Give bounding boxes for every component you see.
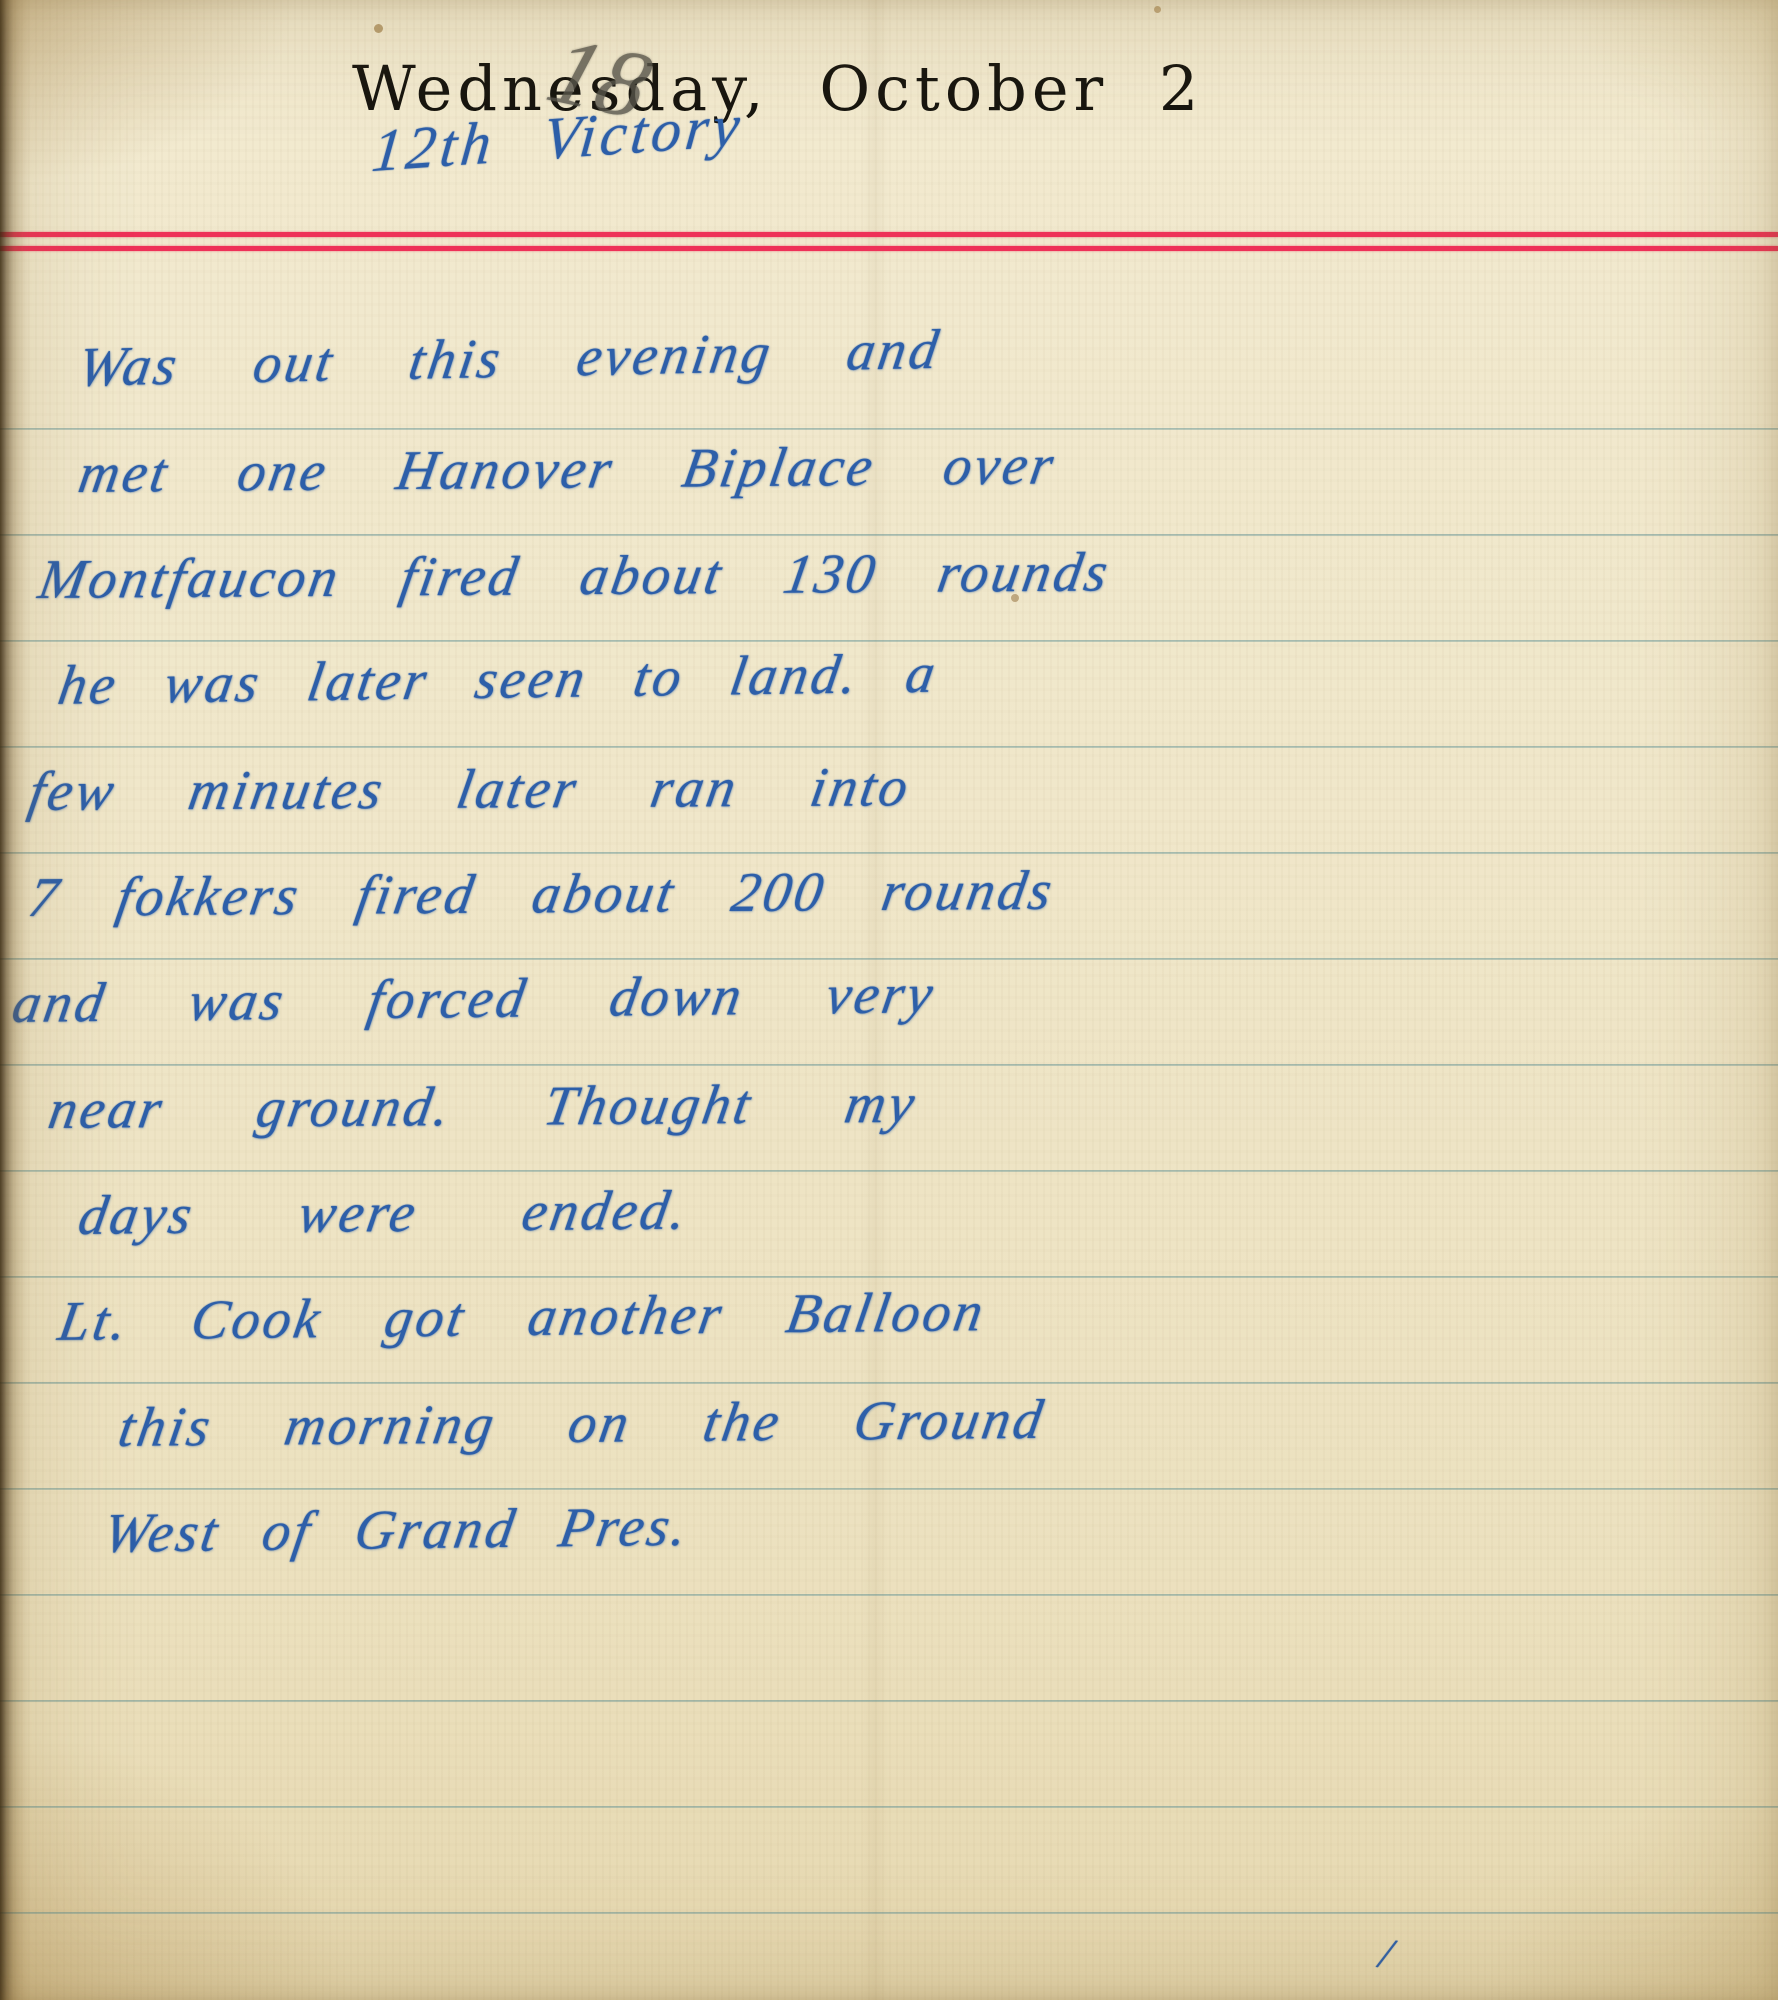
diary-line: Was out this evening and (70, 294, 949, 424)
diary-line: this morning on the Ground (110, 1364, 1054, 1484)
diary-line: met one Hanover Biplace over (70, 409, 1065, 530)
diary-line: Montfaucon fired about 130 rounds (30, 516, 1119, 636)
diary-page: Wednesday, October 2 18 12th Victory Was… (0, 0, 1778, 2000)
diary-line: he was later seen to land. a (50, 617, 946, 742)
red-rule-top (0, 232, 1778, 237)
ink-speck-mark: / (1376, 1927, 1397, 1979)
diary-line: Lt. Cook got another Balloon (50, 1256, 995, 1378)
diary-line: days were ended. (70, 1155, 698, 1272)
diary-line: 7 fokkers fired about 200 rounds (20, 835, 1063, 954)
red-rule-bottom (0, 246, 1778, 251)
paper-speck (374, 24, 383, 33)
diary-line: few minutes later ran into (20, 731, 920, 848)
diary-line: and was forced down very (4, 938, 944, 1060)
diary-line: near ground. Thought my (40, 1048, 926, 1166)
paper-speck (1154, 6, 1161, 13)
diary-line: West of Grand Pres. (95, 1471, 698, 1590)
